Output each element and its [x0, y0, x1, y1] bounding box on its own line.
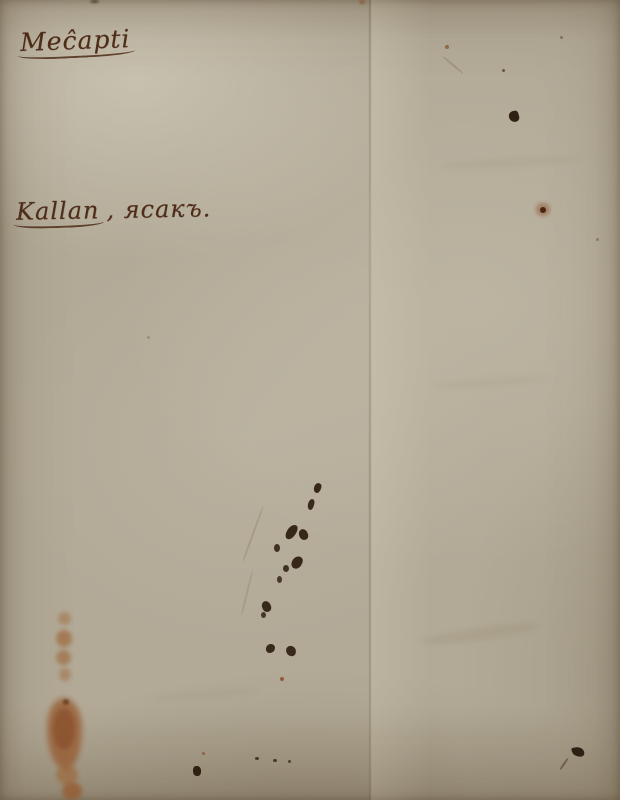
stain-spot	[277, 576, 282, 583]
stain-spot	[261, 612, 266, 618]
manuscript-photo: Meĉapti Kallan , ясакъ.	[0, 0, 620, 800]
stain-spot	[261, 600, 273, 613]
stain-spot	[59, 668, 71, 681]
headword-mecapti: Meĉapti	[20, 24, 131, 57]
stain-spot	[274, 544, 280, 552]
stain-spot	[283, 565, 289, 572]
stain-spot	[53, 708, 75, 750]
stain-spot	[150, 685, 260, 704]
stain-spot	[430, 374, 550, 391]
stain-spot	[536, 203, 550, 216]
stain-spot	[359, 0, 365, 4]
dictionary-entry-kallan: Kallan , ясакъ.	[16, 194, 212, 225]
paper-fold-highlight	[371, 0, 431, 800]
gloss-yasak: , ясакъ.	[99, 194, 211, 224]
stain-spot	[255, 757, 259, 760]
stain-spot	[63, 699, 69, 705]
stain-spot	[266, 644, 275, 653]
stain-spot	[240, 570, 253, 615]
stain-spot	[540, 207, 546, 213]
stain-spot	[307, 498, 316, 510]
stain-spot	[559, 758, 569, 771]
stain-spot	[280, 677, 284, 681]
stain-spot	[560, 36, 563, 39]
stain-spot	[47, 698, 82, 770]
stain-spot	[56, 630, 72, 647]
stain-spot	[442, 56, 463, 74]
stains-layer	[0, 0, 620, 800]
stain-spot	[56, 766, 78, 784]
stain-spot	[284, 523, 300, 541]
stain-spot	[508, 110, 521, 123]
stain-spot	[290, 554, 305, 570]
stain-spot	[502, 69, 505, 72]
stain-spot	[193, 766, 201, 776]
stain-spot	[445, 45, 449, 49]
stain-spot	[285, 645, 297, 657]
stain-spot	[90, 0, 99, 3]
stain-spot	[147, 336, 150, 339]
dictionary-entry-mecapti: Meĉapti	[20, 24, 131, 57]
stain-spot	[58, 612, 71, 625]
headword-kallan: Kallan	[16, 196, 100, 225]
stain-spot	[440, 154, 580, 170]
stain-spot	[571, 746, 585, 758]
stain-spot	[202, 752, 205, 755]
stain-spot	[62, 782, 82, 800]
stain-spot	[288, 760, 291, 763]
stain-spot	[313, 482, 323, 494]
stain-spot	[242, 506, 264, 561]
stain-spot	[420, 620, 541, 649]
stain-spot	[273, 759, 277, 762]
stain-spot	[298, 528, 309, 540]
stain-spot	[596, 238, 599, 241]
paper-page: Meĉapti Kallan , ясакъ.	[0, 0, 620, 800]
stain-spot	[56, 650, 71, 665]
